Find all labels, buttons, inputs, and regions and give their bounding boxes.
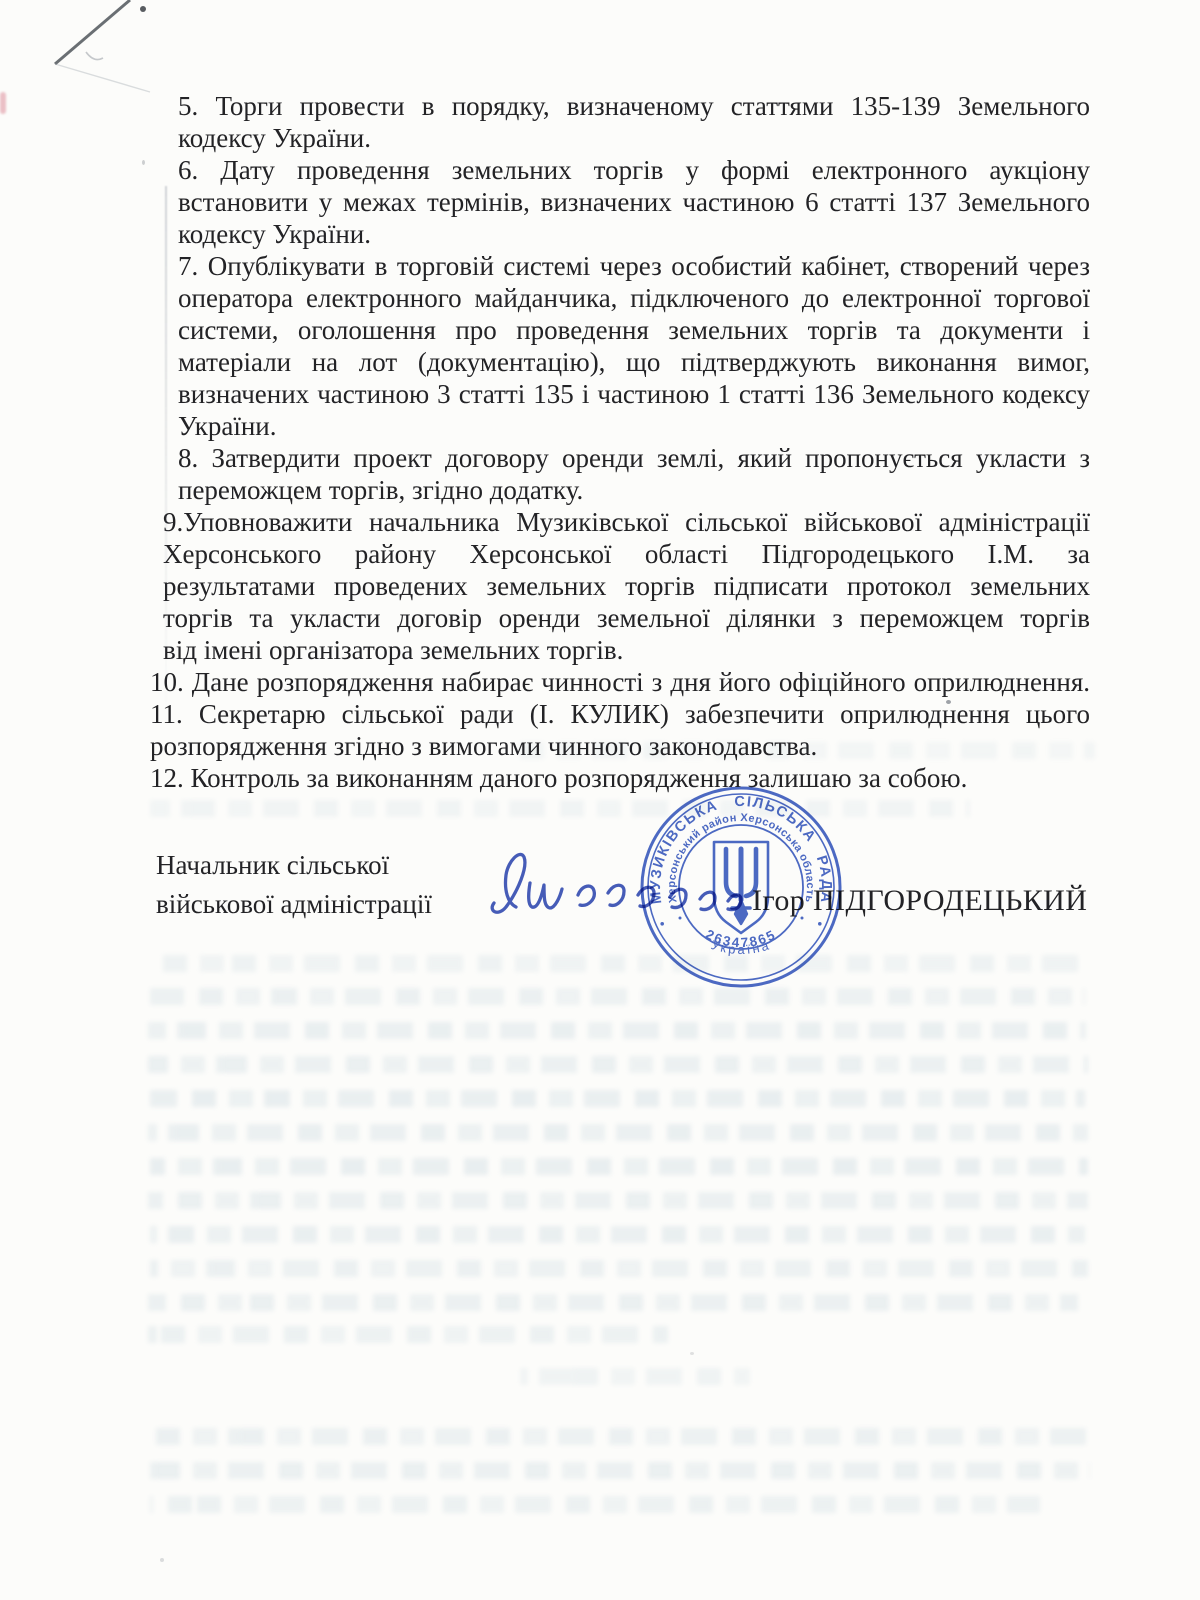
scan-speck — [142, 160, 145, 165]
paragraph-8-line-1: 8. Затвердити проект договору оренди зем… — [150, 442, 1090, 474]
paragraph-12-line-1: 12. Контроль за виконанням даного розпор… — [150, 762, 1090, 794]
paragraph-7-line-5: визначених частиною 3 статті 135 і части… — [150, 378, 1090, 410]
paragraph-9-line-5: від імені організатора земельних торгів. — [150, 634, 1090, 666]
scan-smudge — [0, 92, 6, 114]
bleedthrough-line — [150, 1090, 1085, 1107]
signoff-title-line1: Начальник сільської — [156, 846, 432, 885]
scanned-document-page: 5. Торги провести в порядку, визначеному… — [0, 0, 1200, 1600]
paragraph-10-line-1: 10. Дане розпорядження набирає чинності … — [150, 666, 1090, 698]
bleedthrough-line — [150, 1226, 1085, 1243]
bleedthrough-line — [150, 988, 1085, 1005]
bleedthrough-line — [150, 1158, 1088, 1175]
bleedthrough-line — [145, 1428, 1090, 1445]
paragraph-5-line-2: кодексу України. — [150, 122, 1090, 154]
bleedthrough-line — [150, 1496, 1040, 1513]
signoff-title: Начальник сільської військової адміністр… — [156, 846, 432, 924]
paragraph-9-line-4: торгів та укласти договір оренди земельн… — [150, 602, 1090, 634]
paragraph-9-line-1: 9.Уповноважити начальника Музиківської с… — [150, 506, 1090, 538]
bleedthrough-line — [150, 1462, 1090, 1479]
bleedthrough-line — [148, 1022, 1086, 1039]
scan-speck — [690, 1352, 694, 1355]
paragraph-9-line-3: результатами проведених земельних торгів… — [150, 570, 1090, 602]
paragraph-6-line-2: встановити у межах термінів, визначених … — [150, 186, 1090, 218]
trident-emblem-icon — [714, 842, 768, 933]
official-stamp: МУЗИКІВСЬКА СІЛЬСЬКА РАДА Херсонський ра… — [636, 782, 846, 992]
paragraph-7-line-4: матеріали на лот (документацію), що підт… — [150, 346, 1090, 378]
paragraph-6-line-3: кодексу України. — [150, 218, 1090, 250]
bleedthrough-line — [150, 1260, 1088, 1277]
bleedthrough-line — [148, 1326, 668, 1343]
bleedthrough-line — [148, 1124, 1088, 1141]
paragraph-11-line-2: розпорядження згідно з вимогами чинного … — [150, 730, 1090, 762]
paragraph-7-line-1: 7. Опублікувати в торговій системі через… — [150, 250, 1090, 282]
bleedthrough-line — [148, 1294, 1078, 1311]
bleedthrough-line — [520, 1368, 750, 1385]
paragraph-6-line-1: 6. Дату проведення земельних торгів у фо… — [150, 154, 1090, 186]
bleedthrough-line — [148, 1056, 1088, 1073]
bleedthrough-line — [150, 800, 970, 817]
bleedthrough-line — [148, 1192, 1088, 1209]
paragraph-7-line-3: системи, оголошення про проведення земел… — [150, 314, 1090, 346]
paragraph-9-line-2: Херсонського району Херсонської області … — [150, 538, 1090, 570]
paragraph-7-line-6: України. — [150, 410, 1090, 442]
paragraph-8-line-2: переможцем торгів, згідно додатку. — [150, 474, 1090, 506]
paragraph-11-line-1: 11. Секретарю сільської ради (І. КУЛИК) … — [150, 698, 1090, 730]
signoff-title-line2: військової адміністрації — [156, 885, 432, 924]
paragraph-7-line-2: оператора електронного майданчика, підкл… — [150, 282, 1090, 314]
scan-speck — [160, 1558, 164, 1562]
bleedthrough-line — [150, 955, 1080, 972]
paragraph-5-line-1: 5. Торги провести в порядку, визначеному… — [150, 90, 1090, 122]
document-body: 5. Торги провести в порядку, визначеному… — [150, 90, 1090, 794]
